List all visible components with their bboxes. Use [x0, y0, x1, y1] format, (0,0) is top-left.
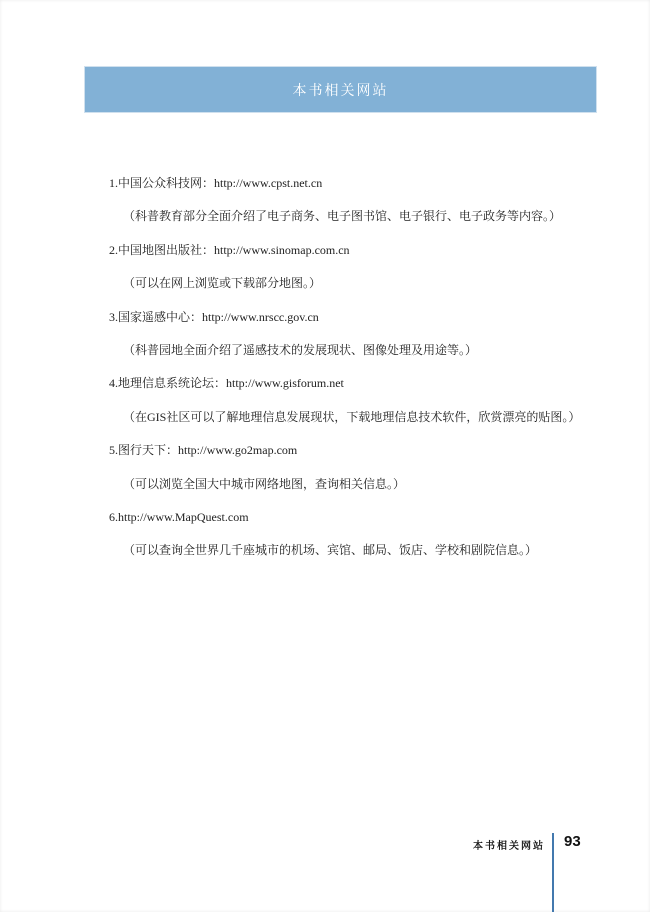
- website-heading: 1.中国公众科技网：http://www.cpst.net.cn: [0, 167, 650, 200]
- website-heading: 2.中国地图出版社：http://www.sinomap.com.cn: [0, 234, 650, 267]
- website-heading: 4.地理信息系统论坛：http://www.gisforum.net: [0, 367, 650, 400]
- website-url: http://www.sinomap.com.cn: [214, 243, 350, 257]
- page-number: 93: [564, 833, 581, 850]
- website-url: http://www.nrscc.gov.cn: [202, 310, 319, 324]
- section-banner: 本书相关网站: [84, 66, 597, 113]
- website-label: 2.中国地图出版社：: [109, 243, 214, 257]
- website-label: 5.图行天下：: [109, 443, 178, 457]
- footer-divider: [552, 833, 554, 912]
- website-note: （可以在网上浏览或下载部分地图。）: [0, 267, 650, 300]
- website-url: http://www.gisforum.net: [226, 376, 344, 390]
- website-note: （科普园地全面介绍了遥感技术的发展现状、图像处理及用途等。）: [0, 334, 650, 367]
- footer-section-label: 本书相关网站: [473, 837, 545, 852]
- website-item: 3.国家遥感中心：http://www.nrscc.gov.cn （科普园地全面…: [0, 301, 650, 368]
- website-label: 3.国家遥感中心：: [109, 310, 202, 324]
- website-item: 1.中国公众科技网：http://www.cpst.net.cn （科普教育部分…: [0, 167, 650, 234]
- book-page: 本书相关网站 1.中国公众科技网：http://www.cpst.net.cn …: [0, 0, 650, 912]
- website-heading: 6.http://www.MapQuest.com: [0, 501, 650, 534]
- website-item: 6.http://www.MapQuest.com （可以查询全世界几千座城市的…: [0, 501, 650, 568]
- website-item: 2.中国地图出版社：http://www.sinomap.com.cn （可以在…: [0, 234, 650, 301]
- section-title: 本书相关网站: [293, 80, 389, 100]
- website-url: http://www.cpst.net.cn: [214, 176, 322, 190]
- website-url: http://www.MapQuest.com: [118, 510, 249, 524]
- website-label: 6.: [109, 510, 118, 524]
- website-note: （科普教育部分全面介绍了电子商务、电子图书馆、电子银行、电子政务等内容。）: [0, 200, 650, 233]
- website-list: 1.中国公众科技网：http://www.cpst.net.cn （科普教育部分…: [0, 167, 650, 568]
- website-note: （可以查询全世界几千座城市的机场、宾馆、邮局、饭店、学校和剧院信息。）: [0, 534, 650, 567]
- website-item: 5.图行天下：http://www.go2map.com （可以浏览全国大中城市…: [0, 434, 650, 501]
- website-label: 1.中国公众科技网：: [109, 176, 214, 190]
- website-note: （可以浏览全国大中城市网络地图，查询相关信息。）: [0, 468, 650, 501]
- website-heading: 3.国家遥感中心：http://www.nrscc.gov.cn: [0, 301, 650, 334]
- website-note: （在GIS社区可以了解地理信息发展现状，下载地理信息技术软件，欣赏漂亮的贴图。）: [0, 401, 650, 434]
- website-url: http://www.go2map.com: [178, 443, 297, 457]
- website-item: 4.地理信息系统论坛：http://www.gisforum.net （在GIS…: [0, 367, 650, 434]
- website-heading: 5.图行天下：http://www.go2map.com: [0, 434, 650, 467]
- website-label: 4.地理信息系统论坛：: [109, 376, 226, 390]
- page-footer: 本书相关网站 93: [0, 833, 650, 912]
